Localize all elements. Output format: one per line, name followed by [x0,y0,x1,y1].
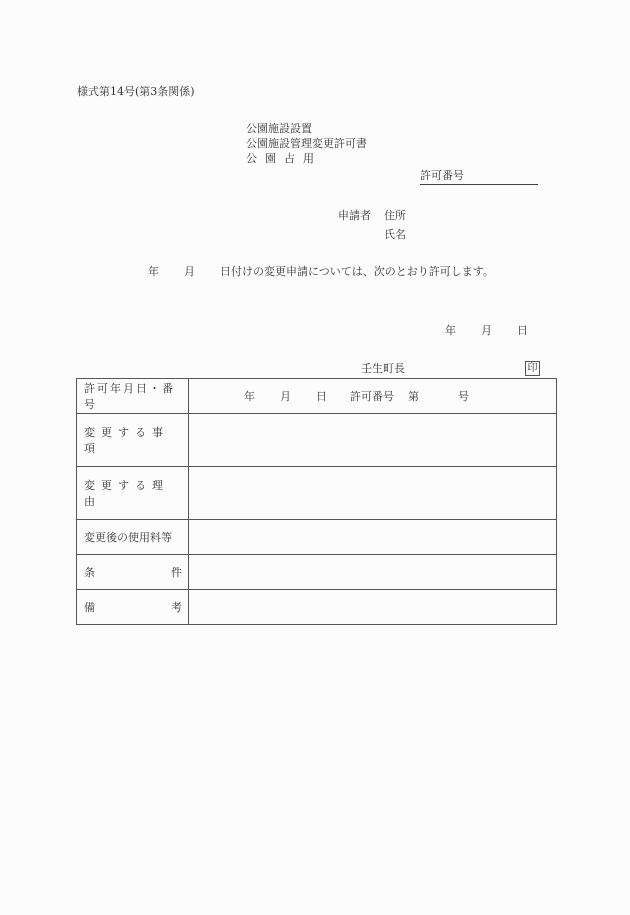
row-label: 変更後の使用料等 [84,531,172,544]
table-permit-label: 許可番号 [350,388,408,404]
body-year: 年 [148,265,184,279]
issue-date: 年月日 [445,324,528,338]
table-dai: 第 [408,388,458,404]
row-label: 条 件 [84,564,182,580]
table-row: 備 考 [77,590,557,625]
table-row: 条 件 [77,555,557,590]
change-item-cell[interactable] [189,414,557,467]
table-year: 年 [244,388,280,404]
issue-month: 月 [481,324,517,338]
change-reason-cell[interactable] [189,467,557,520]
table-day: 日 [316,388,350,404]
table-go: 号 [458,388,469,404]
permit-number-field: 許可番号 [420,169,538,185]
row-label: 備 考 [84,599,182,615]
permit-date-number-cell: 年月日許可番号第号 [189,379,557,414]
name-label: 氏名 [384,225,406,244]
issuer-name: 壬生町長 [361,362,405,376]
fee-cell[interactable] [189,520,557,555]
row-label: 許可年月日・番号 [84,380,182,412]
title-line-2: 公園施設管理変更許可書 [246,136,367,151]
table-month: 月 [280,388,316,404]
issue-day: 日 [517,324,528,338]
body-month: 月 [184,265,220,279]
conditions-cell[interactable] [189,555,557,590]
issue-year: 年 [445,324,481,338]
applicant-block: 申請者 住所 氏名 [338,206,406,244]
body-text: 年月日付けの変更申請については、次のとおり許可します。 [148,265,494,279]
remarks-cell[interactable] [189,590,557,625]
title-line-3: 公園占用 [246,151,367,166]
row-label: 変更する事項 [84,426,169,455]
document-title: 公園施設設置 公園施設管理変更許可書 公園占用 [246,121,367,166]
table-row: 変更後の使用料等 [77,520,557,555]
applicant-label: 申請者 [338,206,384,225]
title-line-1: 公園施設設置 [246,121,367,136]
body-sentence: 日付けの変更申請については、次のとおり許可します。 [220,265,494,278]
form-number: 様式第14号(第3条関係) [77,85,195,99]
row-label: 変更する理由 [84,479,169,508]
permit-number-label: 許可番号 [420,169,464,182]
address-label: 住所 [384,206,406,225]
table-row: 変更する理由 [77,467,557,520]
permit-table: 許可年月日・番号 年月日許可番号第号 変更する事項 変更する理由 変更後の使用料… [76,378,557,625]
table-row: 許可年月日・番号 年月日許可番号第号 [77,379,557,414]
table-row: 変更する事項 [77,414,557,467]
seal-mark: 印 [525,361,540,376]
